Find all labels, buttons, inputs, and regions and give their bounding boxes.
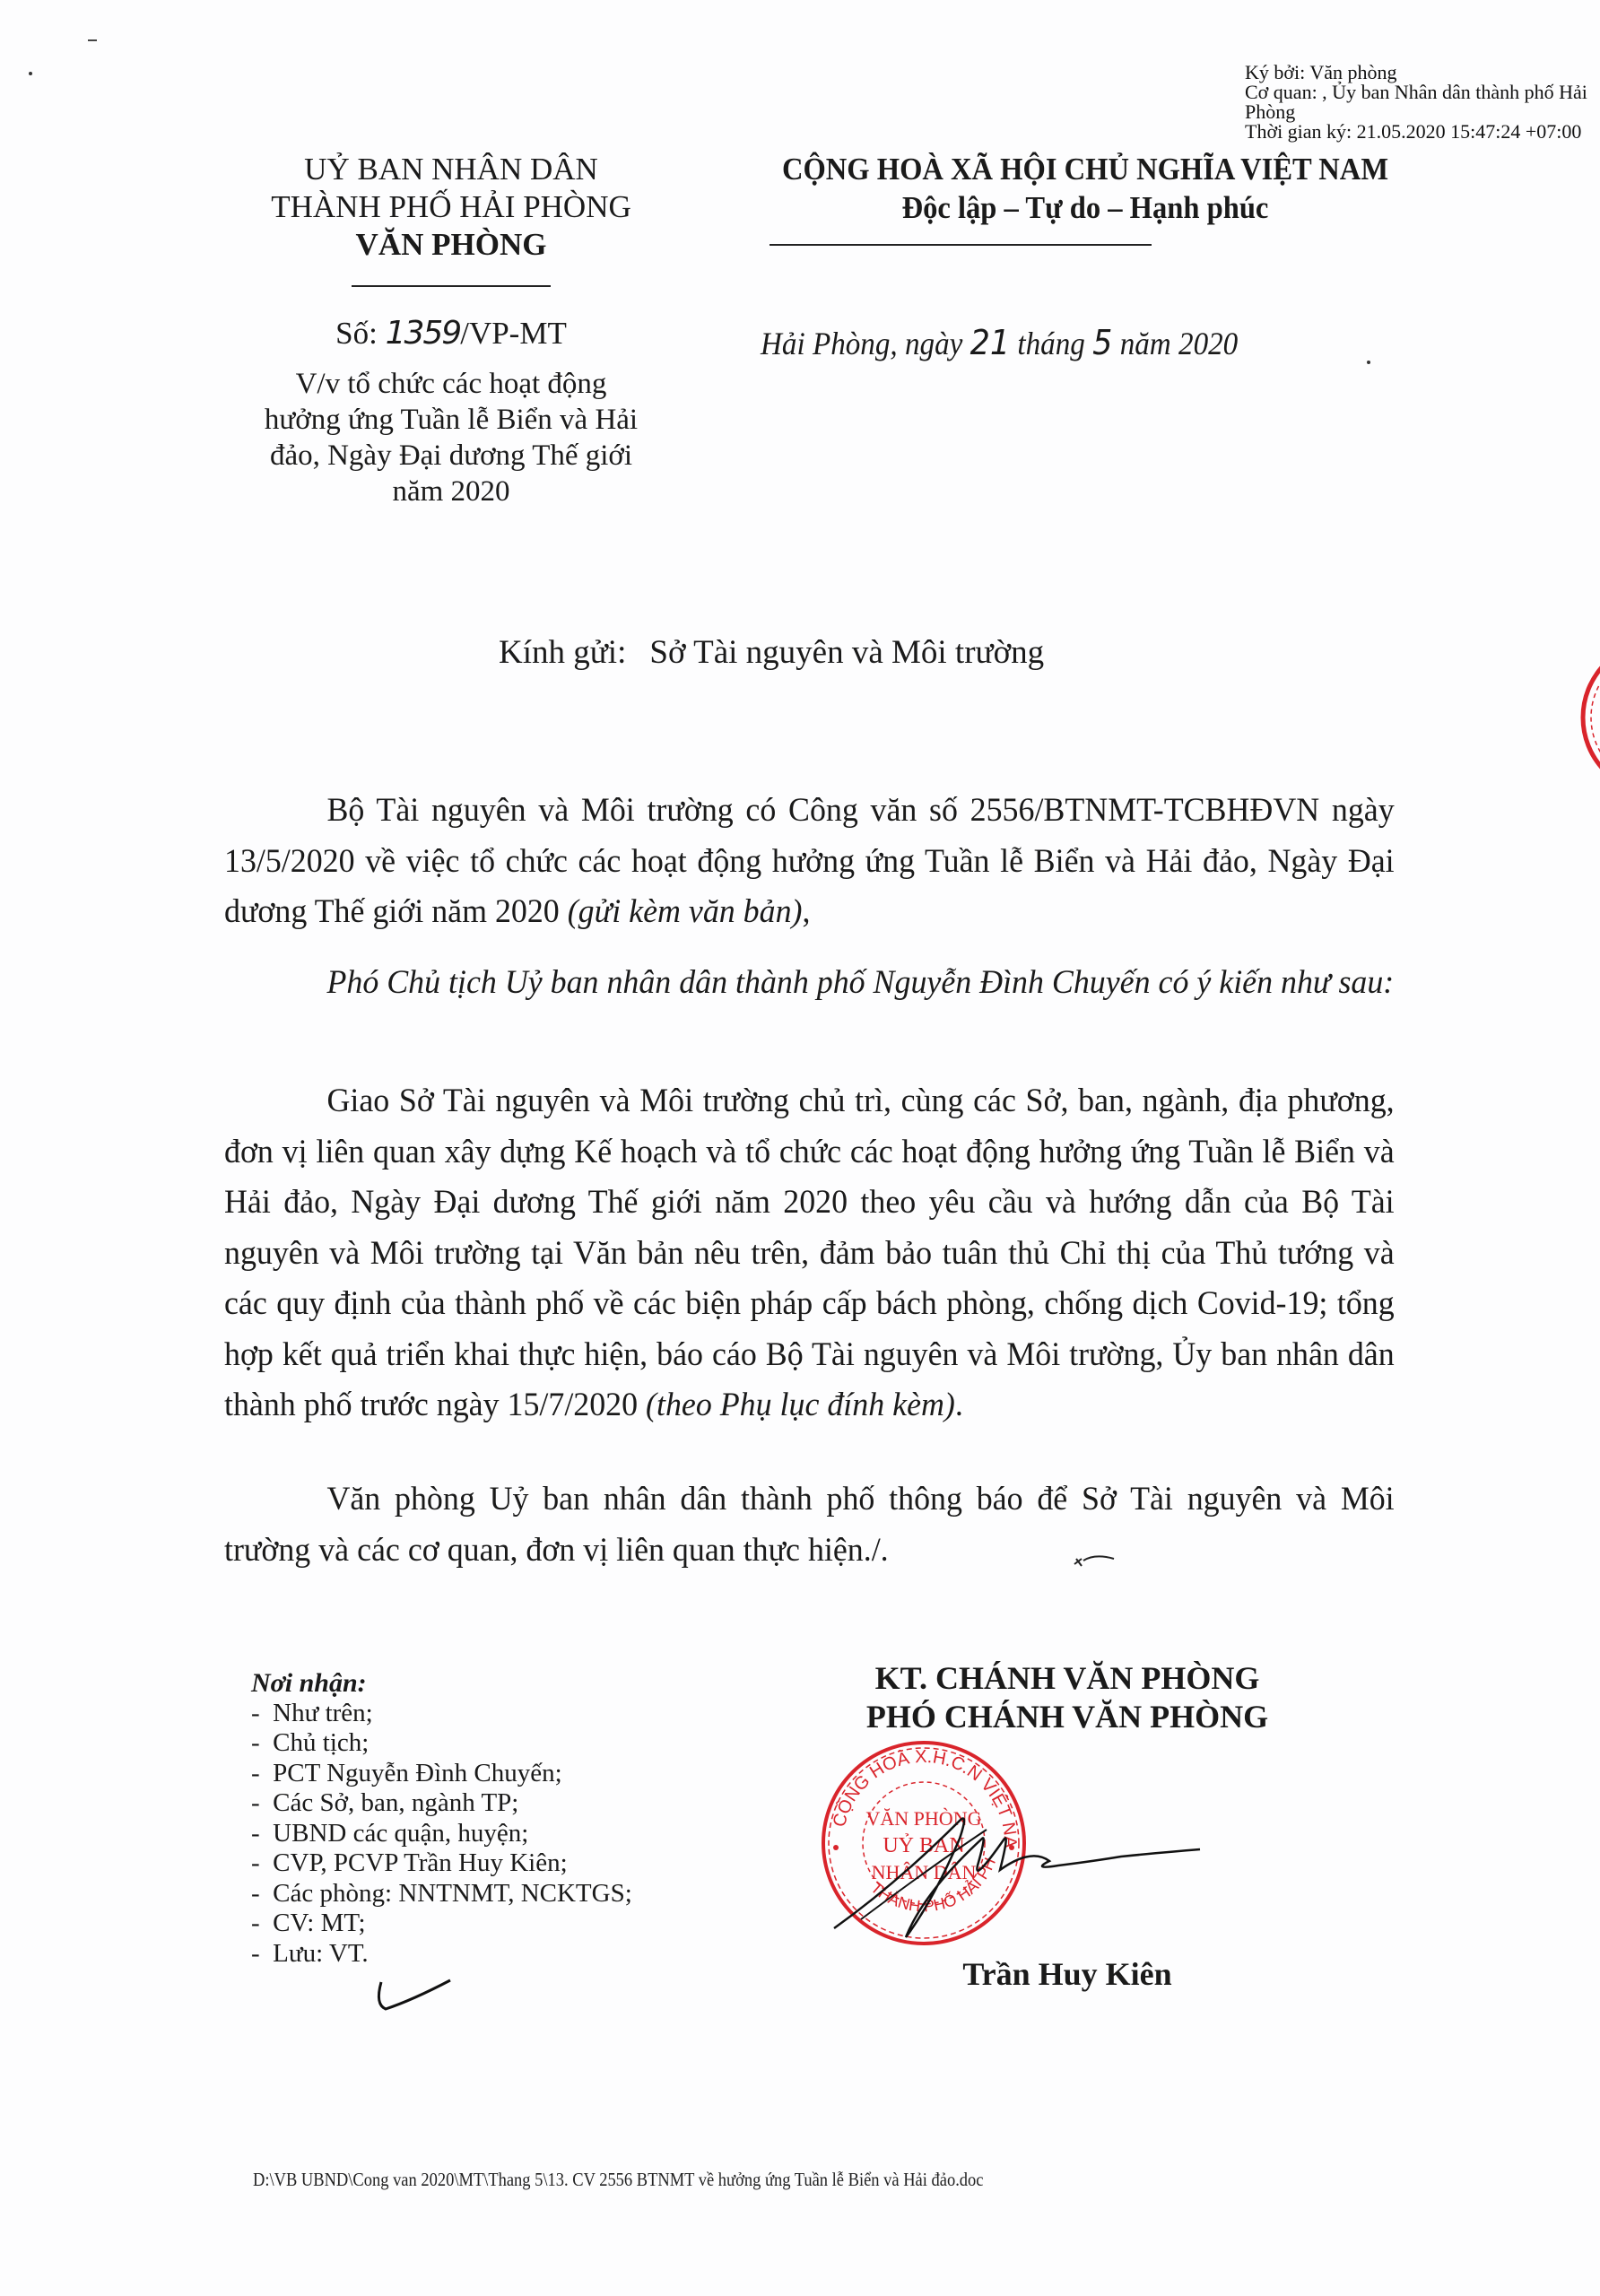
file-path-footer: D:\VB UBND\Cong van 2020\MT\Thang 5\13. … <box>253 2169 983 2191</box>
recipients-title: Nơi nhận: <box>251 1668 632 1699</box>
body-paragraph-4: Văn phòng Uỷ ban nhân dân thành phố thôn… <box>224 1474 1395 1576</box>
stray-mark <box>1367 361 1370 364</box>
document-subject: V/v tổ chức các hoạt động hưởng ứng Tuần… <box>231 366 671 509</box>
subject-line: hưởng ứng Tuần lễ Biển và Hải <box>231 402 671 438</box>
scan-speck <box>29 72 32 75</box>
body-paragraph-1: Bộ Tài nguyên và Môi trường có Công văn … <box>224 786 1395 938</box>
authority-underline <box>352 285 551 287</box>
motto: Độc lập – Tự do – Hạnh phúc <box>710 188 1461 228</box>
date-month-label: tháng <box>1010 326 1092 361</box>
date-day: 21 <box>970 323 1010 362</box>
p3-text: Giao Sở Tài nguyên và Môi trường chủ trì… <box>224 1083 1395 1423</box>
signer-name: Trần Huy Kiên <box>789 1955 1345 1993</box>
body-paragraph-3: Giao Sở Tài nguyên và Môi trường chủ trì… <box>224 1076 1395 1431</box>
list-item: Các phòng: NNTNMT, NCKTGS; <box>251 1879 632 1909</box>
handwritten-tick-icon <box>368 1964 457 2027</box>
doc-number-handwritten: 1359 <box>386 315 461 352</box>
list-item: PCT Nguyễn Đình Chuyến; <box>251 1759 632 1789</box>
list-item: UBND các quận, huyện; <box>251 1819 632 1849</box>
p3-italic: (theo Phụ lục đính kèm) <box>646 1387 955 1423</box>
doc-number-suffix: /VP-MT <box>460 316 567 351</box>
list-item: Như trên; <box>251 1699 632 1729</box>
motto-underline <box>770 244 1152 246</box>
subject-line: đảo, Ngày Đại dương Thế giới <box>231 438 671 474</box>
signed-by: Ký bởi: Văn phòng <box>1245 63 1600 83</box>
signature-title-line-1: KT. CHÁNH VĂN PHÒNG <box>789 1659 1345 1698</box>
p3-end: . <box>955 1387 963 1423</box>
doc-number-prefix: Số: <box>335 316 385 351</box>
authority-line-1: UỶ BAN NHÂN DÂN <box>231 151 671 188</box>
signing-agency: Cơ quan: , Ủy ban Nhân dân thành phố Hải… <box>1245 83 1600 122</box>
recipient-label: Kính gửi: <box>499 634 626 671</box>
list-item: Chủ tịch; <box>251 1728 632 1759</box>
signature-title-line-2: PHÓ CHÁNH VĂN PHÒNG <box>789 1698 1345 1736</box>
page-edge-seal-icon <box>1561 637 1600 798</box>
national-motto: CỘNG HOÀ XÃ HỘI CHỦ NGHĨA VIỆT NAM Độc l… <box>682 151 1489 228</box>
recipients-list: Nơi nhận: Như trên; Chủ tịch; PCT Nguyễn… <box>251 1668 632 1969</box>
list-item: CV: MT; <box>251 1909 632 1939</box>
issue-date: Hải Phòng, ngày 21 tháng 5 năm 2020 <box>761 323 1238 362</box>
subject-line: V/v tổ chức các hoạt động <box>231 366 671 402</box>
list-item: Các Sở, ban, ngành TP; <box>251 1788 632 1819</box>
authority-office: VĂN PHÒNG <box>231 226 671 264</box>
initial-mark-icon <box>1073 1552 1117 1573</box>
recipient-name: Sở Tài nguyên và Môi trường <box>649 634 1044 671</box>
signature-title: KT. CHÁNH VĂN PHÒNG PHÓ CHÁNH VĂN PHÒNG <box>789 1659 1345 1736</box>
date-prefix: Hải Phòng, ngày <box>761 326 970 361</box>
authority-line-2: THÀNH PHỐ HẢI PHÒNG <box>231 188 671 226</box>
p2-text: Phó Chủ tịch Uỷ ban nhân dân thành phố N… <box>224 958 1395 1009</box>
handwritten-signature-icon <box>825 1785 1202 1964</box>
p1-end: , <box>802 893 810 930</box>
body-paragraph-2: Phó Chủ tịch Uỷ ban nhân dân thành phố N… <box>224 958 1395 1009</box>
recipient-line: Kính gửi:Sở Tài nguyên và Môi trường <box>499 633 1044 672</box>
list-item: CVP, PCVP Trần Huy Kiên; <box>251 1848 632 1879</box>
date-year: năm 2020 <box>1112 326 1238 361</box>
p1-italic: (gửi kèm văn bản) <box>568 893 803 930</box>
scan-speck <box>88 39 97 41</box>
country-name: CỘNG HOÀ XÃ HỘI CHỦ NGHĨA VIỆT NAM <box>710 151 1461 188</box>
issuing-authority: UỶ BAN NHÂN DÂN THÀNH PHỐ HẢI PHÒNG VĂN … <box>231 151 671 264</box>
p4-text: Văn phòng Uỷ ban nhân dân thành phố thôn… <box>224 1474 1395 1576</box>
subject-line: năm 2020 <box>231 474 671 509</box>
digital-signature-info: Ký bởi: Văn phòng Cơ quan: , Ủy ban Nhân… <box>1245 63 1600 142</box>
document-number: Số: 1359/VP-MT <box>231 314 671 353</box>
signed-at: Thời gian ký: 21.05.2020 15:47:24 +07:00 <box>1245 122 1600 142</box>
date-month: 5 <box>1092 323 1112 362</box>
